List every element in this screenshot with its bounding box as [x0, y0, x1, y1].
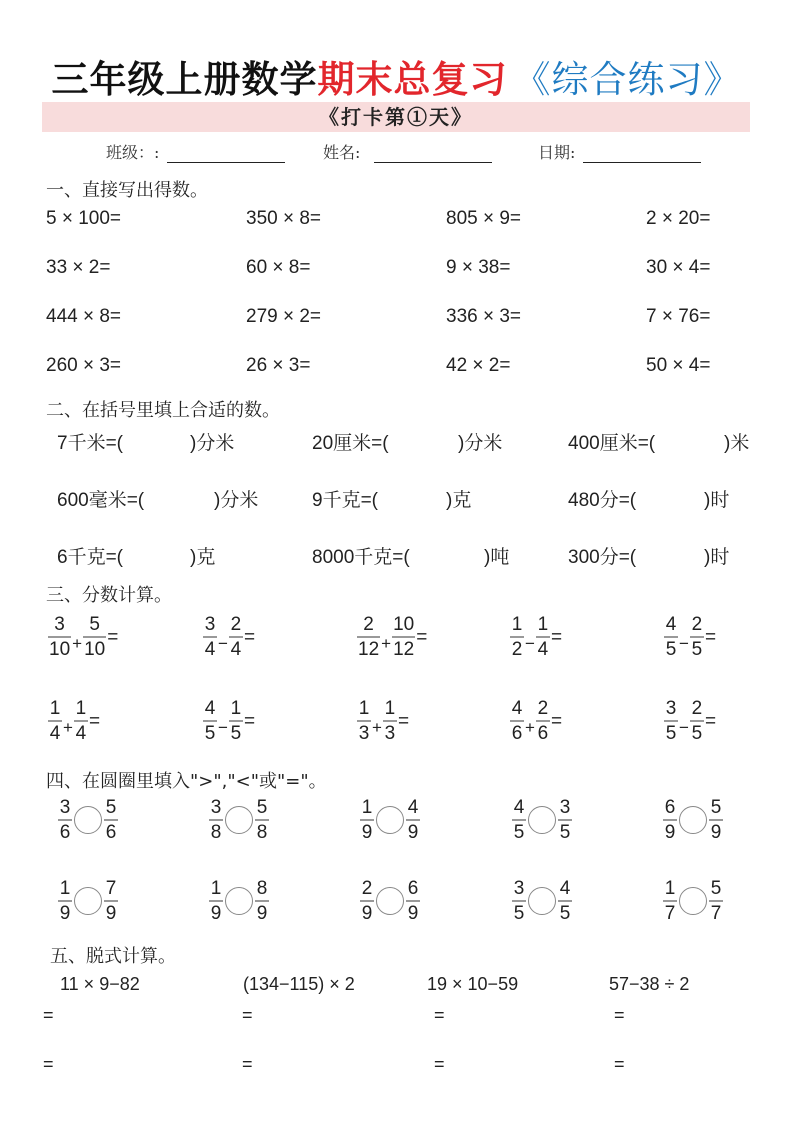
compare-circle[interactable]: [679, 806, 707, 834]
subtitle: 《打卡第①天》: [319, 105, 473, 129]
oral-item: 60 × 8=: [246, 257, 310, 279]
title-practice: 《综合练习》: [514, 58, 742, 101]
unit-left: 480分=(: [568, 485, 636, 512]
oral-item: 9 × 38=: [446, 257, 510, 279]
date-field[interactable]: 日期:: [538, 140, 701, 163]
fraction: 14: [74, 698, 88, 744]
date-input-line[interactable]: [583, 142, 701, 163]
unit-left: 9千克=(: [312, 485, 378, 512]
fraction: 14: [48, 698, 62, 744]
unit-left: 6千克=(: [57, 542, 123, 569]
oral-item: 7 × 76=: [646, 306, 710, 328]
oral-item: 33 × 2=: [46, 257, 110, 279]
compare-circle[interactable]: [376, 887, 404, 915]
unit-right: )克: [190, 542, 215, 569]
compare-circle[interactable]: [528, 806, 556, 834]
oral-item: 260 × 3=: [46, 355, 121, 377]
oral-item: 5 × 100=: [46, 208, 121, 230]
calc-expression: (134−115) × 2: [243, 974, 355, 995]
class-label: 班级：:: [106, 140, 159, 163]
calc-expression: 57−38 ÷ 2: [609, 974, 689, 995]
compare-item: 19 89: [209, 878, 269, 924]
fraction: 212: [357, 614, 380, 660]
unit-left: 400厘米=(: [568, 428, 655, 455]
fraction: 24: [229, 614, 243, 660]
oral-item: 26 × 3=: [246, 355, 310, 377]
fraction-expression: 310 + 510 =: [48, 614, 118, 660]
oral-item: 336 × 3=: [446, 306, 521, 328]
unit-right: )分米: [190, 428, 234, 455]
fraction: 45: [203, 698, 217, 744]
calc-step-eq: =: [614, 1054, 625, 1075]
fraction-expression: 45 − 25 =: [664, 614, 716, 660]
fraction-expression: 212 + 1012 =: [357, 614, 427, 660]
worksheet-title: 三年级上册数学期末总复习《综合练习》: [0, 58, 793, 102]
compare-item: 69 59: [663, 797, 723, 843]
compare-circle[interactable]: [225, 887, 253, 915]
unit-right: )时: [704, 485, 729, 512]
subtitle-band: 《打卡第①天》: [42, 102, 750, 132]
fraction-expression: 45 − 15 =: [203, 698, 255, 744]
unit-left: 300分=(: [568, 542, 636, 569]
unit-right: )分米: [458, 428, 502, 455]
unit-right: )时: [704, 542, 729, 569]
unit-left: 600毫米=(: [57, 485, 144, 512]
fraction: 510: [83, 614, 106, 660]
fraction: 35: [664, 698, 678, 744]
oral-item: 444 × 8=: [46, 306, 121, 328]
calc-step-eq: =: [434, 1054, 445, 1075]
section5-title: 五、脱式计算。: [50, 942, 176, 968]
fraction-expression: 12 − 14 =: [510, 614, 562, 660]
oral-item: 279 × 2=: [246, 306, 321, 328]
compare-circle[interactable]: [679, 887, 707, 915]
oral-item: 50 × 4=: [646, 355, 710, 377]
calc-step-eq: =: [242, 1054, 253, 1075]
unit-left: 7千米=(: [57, 428, 123, 455]
calc-step-eq: =: [434, 1005, 445, 1026]
fraction: 45: [664, 614, 678, 660]
unit-right: )吨: [484, 542, 509, 569]
fraction: 14: [536, 614, 550, 660]
fraction: 25: [690, 614, 704, 660]
name-input-line[interactable]: [374, 142, 492, 163]
calc-step-eq: =: [43, 1054, 54, 1075]
calc-expression: 19 × 10−59: [427, 974, 518, 995]
compare-circle[interactable]: [225, 806, 253, 834]
compare-item: 17 57: [663, 878, 723, 924]
compare-circle[interactable]: [74, 887, 102, 915]
compare-item: 38 58: [209, 797, 269, 843]
section1-title: 一、直接写出得数。: [46, 176, 208, 202]
unit-right: )分米: [214, 485, 258, 512]
oral-item: 30 × 4=: [646, 257, 710, 279]
class-field[interactable]: 班级：:: [106, 140, 285, 163]
fraction-expression: 46 + 26 =: [510, 698, 562, 744]
compare-item: 19 49: [360, 797, 420, 843]
fraction: 12: [510, 614, 524, 660]
fraction: 13: [383, 698, 397, 744]
calc-step-eq: =: [242, 1005, 253, 1026]
compare-circle[interactable]: [528, 887, 556, 915]
calc-step-eq: =: [43, 1005, 54, 1026]
unit-left: 8000千克=(: [312, 542, 410, 569]
oral-item: 42 × 2=: [446, 355, 510, 377]
date-label: 日期:: [538, 140, 575, 163]
compare-circle[interactable]: [376, 806, 404, 834]
compare-item: 45 35: [512, 797, 572, 843]
compare-circle[interactable]: [74, 806, 102, 834]
unit-left: 20厘米=(: [312, 428, 389, 455]
calc-step-eq: =: [614, 1005, 625, 1026]
fraction: 310: [48, 614, 71, 660]
oral-item: 805 × 9=: [446, 208, 521, 230]
calc-expression: 11 × 9−82: [60, 974, 140, 995]
section2-title: 二、在括号里填上合适的数。: [46, 396, 280, 422]
fraction: 26: [536, 698, 550, 744]
compare-item: 29 69: [360, 878, 420, 924]
fraction-expression: 13 + 13 =: [357, 698, 409, 744]
title-grade: 三年级上册数学: [52, 58, 318, 101]
fraction: 1012: [392, 614, 415, 660]
fraction: 13: [357, 698, 371, 744]
compare-item: 36 56: [58, 797, 118, 843]
oral-item: 2 × 20=: [646, 208, 710, 230]
unit-right: )克: [446, 485, 471, 512]
unit-right: )米: [724, 428, 749, 455]
student-info-row: 班级：: 姓名: 日期:: [0, 140, 793, 166]
name-label: 姓名:: [323, 140, 360, 163]
oral-item: 350 × 8=: [246, 208, 321, 230]
section4-title: 四、在圆圈里填入">","<"或"="。: [46, 767, 327, 793]
class-input-line[interactable]: [167, 142, 285, 163]
compare-item: 19 79: [58, 878, 118, 924]
compare-item: 35 45: [512, 878, 572, 924]
fraction-expression: 35 − 25 =: [664, 698, 716, 744]
name-field[interactable]: 姓名:: [323, 140, 492, 163]
fraction: 34: [203, 614, 217, 660]
fraction-expression: 14 + 14 =: [48, 698, 100, 744]
fraction: 46: [510, 698, 524, 744]
fraction: 25: [690, 698, 704, 744]
fraction: 15: [229, 698, 243, 744]
section3-title: 三、分数计算。: [46, 581, 172, 607]
title-review: 期末总复习: [318, 58, 508, 101]
fraction-expression: 34 − 24 =: [203, 614, 255, 660]
